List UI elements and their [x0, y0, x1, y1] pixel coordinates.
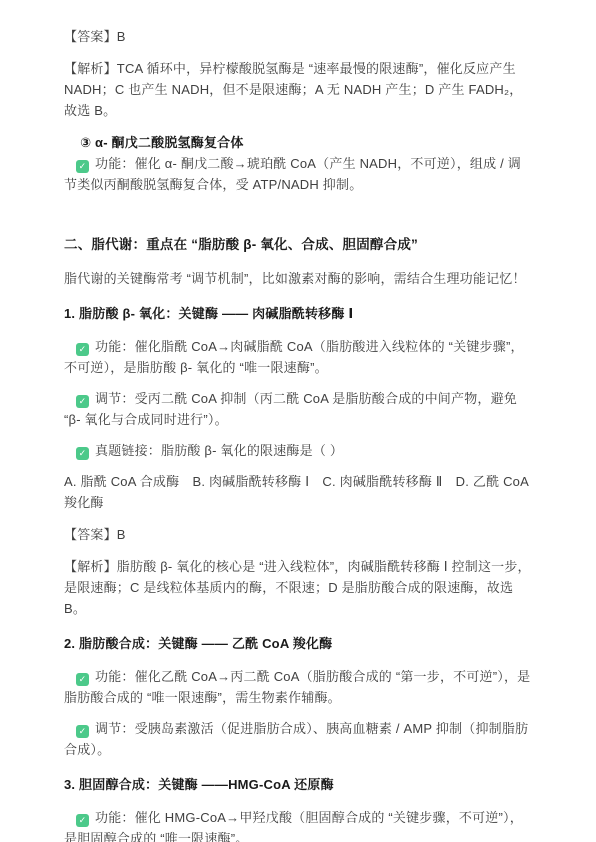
check-item-text: 调节：受胰岛素激活（促进脂肪合成）、胰高血糖素 / AMP 抑制（抑制脂肪合成）…: [64, 721, 528, 757]
topic-2-heading: 2. 脂肪酸合成：关键酶 —— 乙酰 CoA 羧化酶: [64, 633, 532, 654]
check-item-text: 调节：受丙二酰 CoA 抑制（丙二酰 CoA 是脂肪酸合成的中间产物，避免 “β…: [64, 391, 517, 427]
check-icon: ✓: [76, 343, 89, 356]
check-item-text: 真题链接：脂肪酸 β- 氧化的限速酶是（ ）: [95, 443, 343, 458]
check-item-topic3-function: ✓功能：催化 HMG-CoA→甲羟戊酸（胆固醇合成的 “关键步骤，不可逆”），是…: [64, 807, 532, 842]
check-icon: ✓: [76, 673, 89, 686]
section-heading-lipid-metabolism: 二、脂代谢：重点在 “脂肪酸 β- 氧化、合成、胆固醇合成”: [64, 234, 532, 256]
topic-3-heading: 3. 胆固醇合成：关键酶 ——HMG-CoA 还原酶: [64, 774, 532, 795]
check-item-topic1-function: ✓功能：催化脂酰 CoA→肉碱脂酰 CoA（脂肪酸进入线粒体的 “关键步骤”，不…: [64, 336, 532, 378]
topic-1-heading: 1. 脂肪酸 β- 氧化：关键酶 —— 肉碱脂酰转移酶 Ⅰ: [64, 303, 532, 324]
check-item-text: 功能：催化 α- 酮戊二酸→琥珀酰 CoA（产生 NADH，不可逆），组成 / …: [64, 156, 521, 192]
analysis-text-topic1: 【解析】脂肪酸 β- 氧化的核心是 “进入线粒体”，肉碱脂酰转移酶 Ⅰ 控制这一…: [64, 556, 532, 619]
lipid-intro-text: 脂代谢的关键酶常考 “调节机制”，比如激素对酶的影响，需结合生理功能记忆！: [64, 268, 532, 289]
check-item-text: 功能：催化 HMG-CoA→甲羟戊酸（胆固醇合成的 “关键步骤，不可逆”），是胆…: [64, 810, 523, 842]
enzyme-3-subheading: ③ α- 酮戊二酸脱氢酶复合体: [64, 132, 532, 153]
check-item-enzyme3-function: ✓功能：催化 α- 酮戊二酸→琥珀酰 CoA（产生 NADH，不可逆），组成 /…: [64, 153, 532, 195]
options-line: A. 脂酰 CoA 合成酶 B. 肉碱脂酰转移酶 Ⅰ C. 肉碱脂酰转移酶 Ⅱ …: [64, 471, 532, 513]
answer-text-topic1: 【答案】B: [64, 524, 532, 545]
check-icon: ✓: [76, 725, 89, 738]
check-icon: ✓: [76, 814, 89, 827]
check-item-topic1-regulation: ✓调节：受丙二酰 CoA 抑制（丙二酰 CoA 是脂肪酸合成的中间产物，避免 “…: [64, 388, 532, 430]
check-icon: ✓: [76, 447, 89, 460]
check-icon: ✓: [76, 160, 89, 173]
check-item-text: 功能：催化乙酰 CoA→丙二酰 CoA（脂肪酸合成的 “第一步，不可逆”），是脂…: [64, 669, 530, 705]
check-item-text: 功能：催化脂酰 CoA→肉碱脂酰 CoA（脂肪酸进入线粒体的 “关键步骤”，不可…: [64, 339, 524, 375]
document-page: 【答案】B 【解析】TCA 循环中，异柠檬酸脱氢酶是 “速率最慢的限速酶”，催化…: [0, 0, 596, 842]
check-item-topic1-exam-link: ✓真题链接：脂肪酸 β- 氧化的限速酶是（ ）: [64, 440, 532, 461]
check-item-topic2-function: ✓功能：催化乙酰 CoA→丙二酰 CoA（脂肪酸合成的 “第一步，不可逆”），是…: [64, 666, 532, 708]
check-icon: ✓: [76, 395, 89, 408]
check-item-topic2-regulation: ✓调节：受胰岛素激活（促进脂肪合成）、胰高血糖素 / AMP 抑制（抑制脂肪合成…: [64, 718, 532, 760]
analysis-text-tca: 【解析】TCA 循环中，异柠檬酸脱氢酶是 “速率最慢的限速酶”，催化反应产生 N…: [64, 58, 532, 121]
answer-text-tca: 【答案】B: [64, 26, 532, 47]
